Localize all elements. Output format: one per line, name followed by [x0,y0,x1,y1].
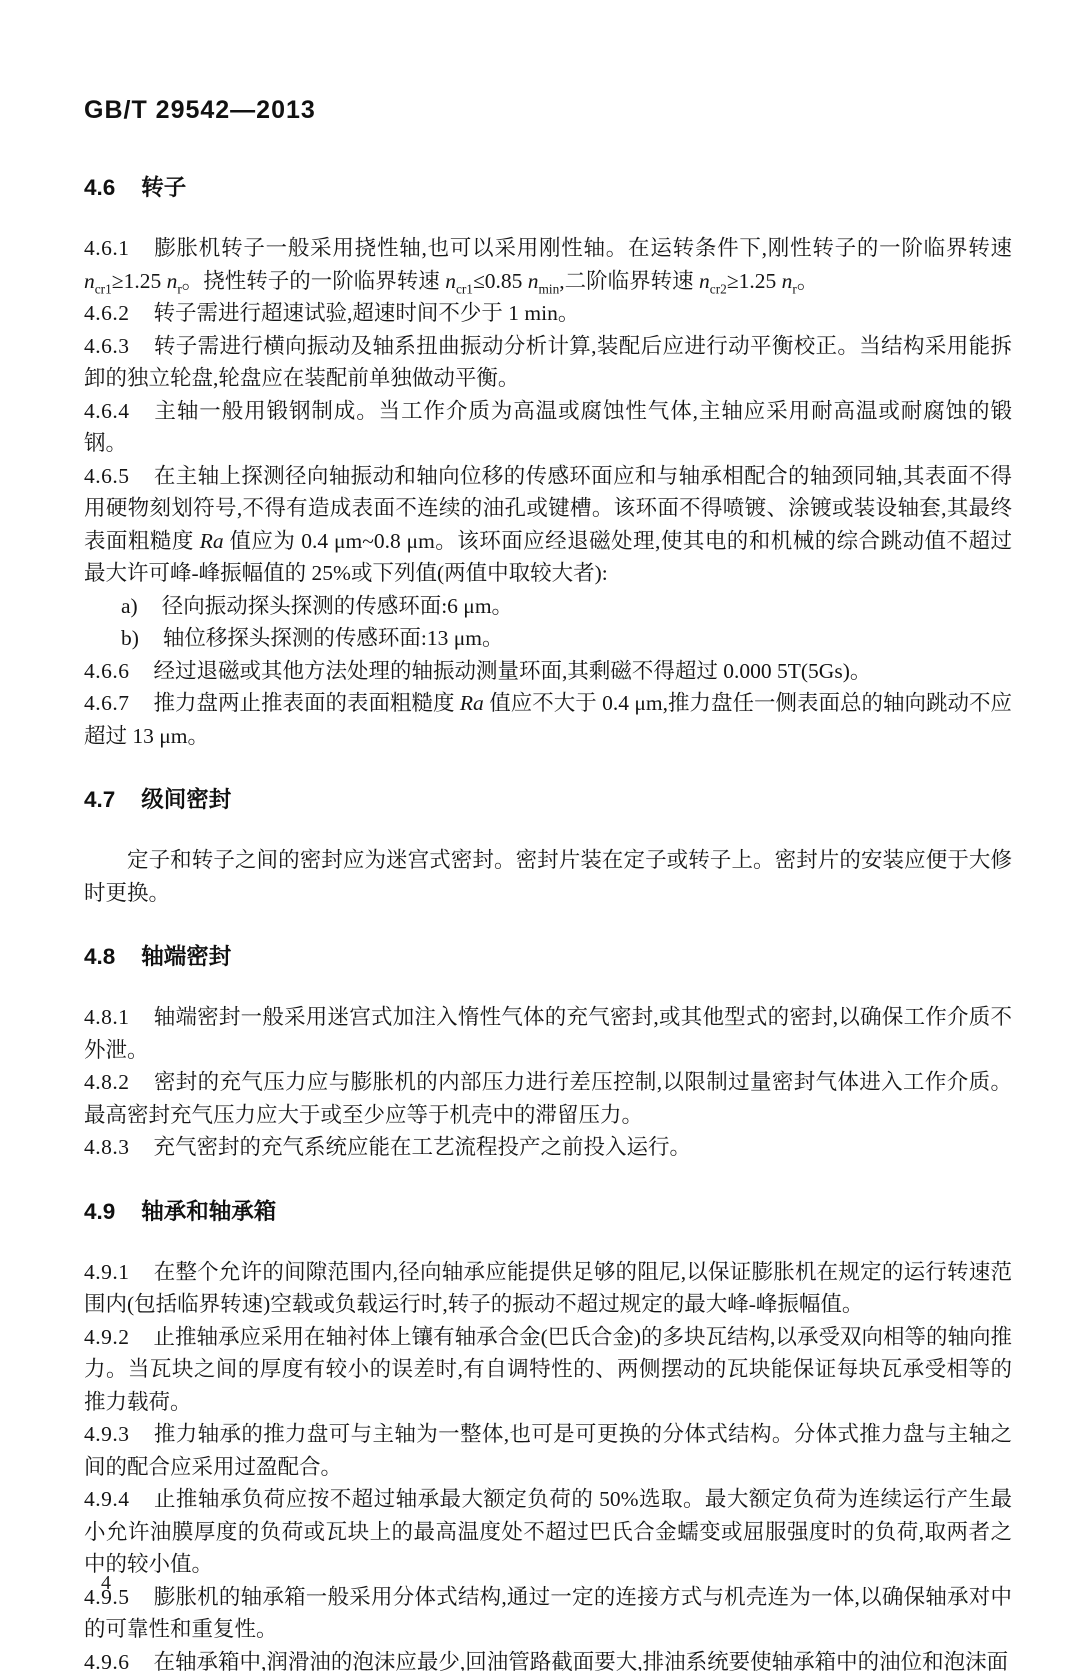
clause-number: 4.6.1 [84,236,130,260]
list-item-label: b) [121,626,139,650]
clause-4-9-3: 4.9.3推力轴承的推力盘可与主轴为一整体,也可是可更换的分体式结构。分体式推力… [84,1418,1012,1483]
section-title: 轴承和轴承箱 [141,1199,276,1224]
list-item-text: 轴位移探头探测的传感环面:13 μm。 [163,626,504,650]
page-number: 4 [101,1572,111,1595]
clause-text: 密封的充气压力应与膨胀机的内部压力进行差压控制,以限制过量密封气体进入工作介质。… [84,1070,1012,1127]
section-number: 4.6 [84,175,115,200]
clause-number: 4.6.7 [84,691,130,715]
clause-text: 膨胀机转子一般采用挠性轴,也可以采用刚性轴。在运转条件下,刚性转子的一阶临界转速… [84,236,1012,293]
standard-number: GB/T 29542—2013 [84,96,316,125]
clause-text: 在主轴上探测径向轴振动和轴向位移的传感环面应和与轴承相配合的轴颈同轴,其表面不得… [84,464,1012,586]
clause-number: 4.6.2 [84,301,130,325]
clause-text: 推力盘两止推表面的表面粗糙度 Ra 值应不大于 0.4 μm,推力盘任一侧表面总… [84,691,1012,748]
clause-text: 主轴一般用锻钢制成。当工作介质为高温或腐蚀性气体,主轴应采用耐高温或耐腐蚀的锻钢… [84,399,1012,456]
clause-4-6-4: 4.6.4主轴一般用锻钢制成。当工作介质为高温或腐蚀性气体,主轴应采用耐高温或耐… [84,395,1012,460]
section-heading-4-8: 4.8轴端密封 [84,939,1012,971]
clause-number: 4.8.2 [84,1070,130,1094]
clause-number: 4.9.4 [84,1487,130,1511]
clause-4-6-6: 4.6.6经过退磁或其他方法处理的轴振动测量环面,其剩磁不得超过 0.000 5… [84,655,1012,688]
clause-text: 推力轴承的推力盘可与主轴为一整体,也可是可更换的分体式结构。分体式推力盘与主轴之… [84,1422,1012,1479]
section-heading-4-7: 4.7级间密封 [84,782,1012,814]
clause-number: 4.9.6 [84,1650,130,1671]
clause-4-6-2: 4.6.2转子需进行超速试验,超速时间不少于 1 min。 [84,297,1012,330]
clause-text: 止推轴承应采用在轴衬体上镶有轴承合金(巴氏合金)的多块瓦结构,以承受双向相等的轴… [84,1325,1012,1414]
clause-4-9-2: 4.9.2止推轴承应采用在轴衬体上镶有轴承合金(巴氏合金)的多块瓦结构,以承受双… [84,1321,1012,1419]
clause-text: 转子需进行横向振动及轴系扭曲振动分析计算,装配后应进行动平衡校正。当结构采用能拆… [84,334,1012,391]
clause-number: 4.8.1 [84,1005,130,1029]
clause-number: 4.9.3 [84,1422,130,1446]
clause-text: 充气密封的充气系统应能在工艺流程投产之前投入运行。 [154,1135,692,1159]
clause-number: 4.9.1 [84,1260,130,1284]
clause-text: 转子需进行超速试验,超速时间不少于 1 min。 [154,301,580,325]
section-title: 轴端密封 [141,944,231,969]
document-page: GB/T 29542—2013 4.6转子 4.6.1膨胀机转子一般采用挠性轴,… [0,0,1092,1671]
clause-text: 在整个允许的间隙范围内,径向轴承应能提供足够的阻尼,以保证膨胀机在规定的运行转速… [84,1260,1012,1317]
clause-4-9-1: 4.9.1在整个允许的间隙范围内,径向轴承应能提供足够的阻尼,以保证膨胀机在规定… [84,1256,1012,1321]
clause-number: 4.6.5 [84,464,130,488]
section-number: 4.7 [84,787,115,812]
clause-text: 经过退磁或其他方法处理的轴振动测量环面,其剩磁不得超过 0.000 5T(5Gs… [154,659,872,683]
section-title: 转子 [141,175,186,200]
clause-4-9-4: 4.9.4止推轴承负荷应按不超过轴承最大额定负荷的 50%选取。最大额定负荷为连… [84,1483,1012,1581]
clause-4-6-7: 4.6.7推力盘两止推表面的表面粗糙度 Ra 值应不大于 0.4 μm,推力盘任… [84,687,1012,752]
clause-number: 4.8.3 [84,1135,130,1159]
clause-number: 4.6.4 [84,399,130,423]
clause-4-9-5: 4.9.5膨胀机的轴承箱一般采用分体式结构,通过一定的连接方式与机壳连为一体,以… [84,1581,1012,1646]
clause-text: 膨胀机的轴承箱一般采用分体式结构,通过一定的连接方式与机壳连为一体,以确保轴承对… [84,1585,1012,1642]
section-heading-4-9: 4.9轴承和轴承箱 [84,1194,1012,1226]
list-item-a: a)径向振动探头探测的传感环面:6 μm。 [121,590,1012,623]
section-number: 4.9 [84,1199,115,1224]
clause-4-6-3: 4.6.3转子需进行横向振动及轴系扭曲振动分析计算,装配后应进行动平衡校正。当结… [84,330,1012,395]
section-title: 级间密封 [141,787,231,812]
clause-4-8-1: 4.8.1轴端密封一般采用迷宫式加注入惰性气体的充气密封,或其他型式的密封,以确… [84,1001,1012,1066]
clause-4-6-1: 4.6.1膨胀机转子一般采用挠性轴,也可以采用刚性轴。在运转条件下,刚性转子的一… [84,232,1012,297]
section-heading-4-6: 4.6转子 [84,170,1012,202]
list-item-label: a) [121,594,138,618]
clause-number: 4.6.3 [84,334,130,358]
clause-4-9-6: 4.9.6在轴承箱中,润滑油的泡沫应最少,回油管路截面要大,排油系统要使轴承箱中… [84,1646,1012,1671]
clause-4-8-2: 4.8.2密封的充气压力应与膨胀机的内部压力进行差压控制,以限制过量密封气体进入… [84,1066,1012,1131]
clause-4-6-5: 4.6.5在主轴上探测径向轴振动和轴向位移的传感环面应和与轴承相配合的轴颈同轴,… [84,460,1012,590]
clause-text: 止推轴承负荷应按不超过轴承最大额定负荷的 50%选取。最大额定负荷为连续运行产生… [84,1487,1012,1576]
paragraph-4-7: 定子和转子之间的密封应为迷宫式密封。密封片装在定子或转子上。密封片的安装应便于大… [84,844,1012,909]
clause-4-8-3: 4.8.3充气密封的充气系统应能在工艺流程投产之前投入运行。 [84,1131,1012,1164]
list-item-b: b)轴位移探头探测的传感环面:13 μm。 [121,622,1012,655]
page-content: 4.6转子 4.6.1膨胀机转子一般采用挠性轴,也可以采用刚性轴。在运转条件下,… [84,128,1012,1671]
clause-number: 4.6.6 [84,659,130,683]
section-number: 4.8 [84,944,115,969]
list-item-text: 径向振动探头探测的传感环面:6 μm。 [162,594,513,618]
clause-number: 4.9.2 [84,1325,130,1349]
clause-text: 在轴承箱中,润滑油的泡沫应最少,回油管路截面要大,排油系统要使轴承箱中的油位和泡… [154,1650,1009,1671]
clause-text: 轴端密封一般采用迷宫式加注入惰性气体的充气密封,或其他型式的密封,以确保工作介质… [84,1005,1012,1062]
